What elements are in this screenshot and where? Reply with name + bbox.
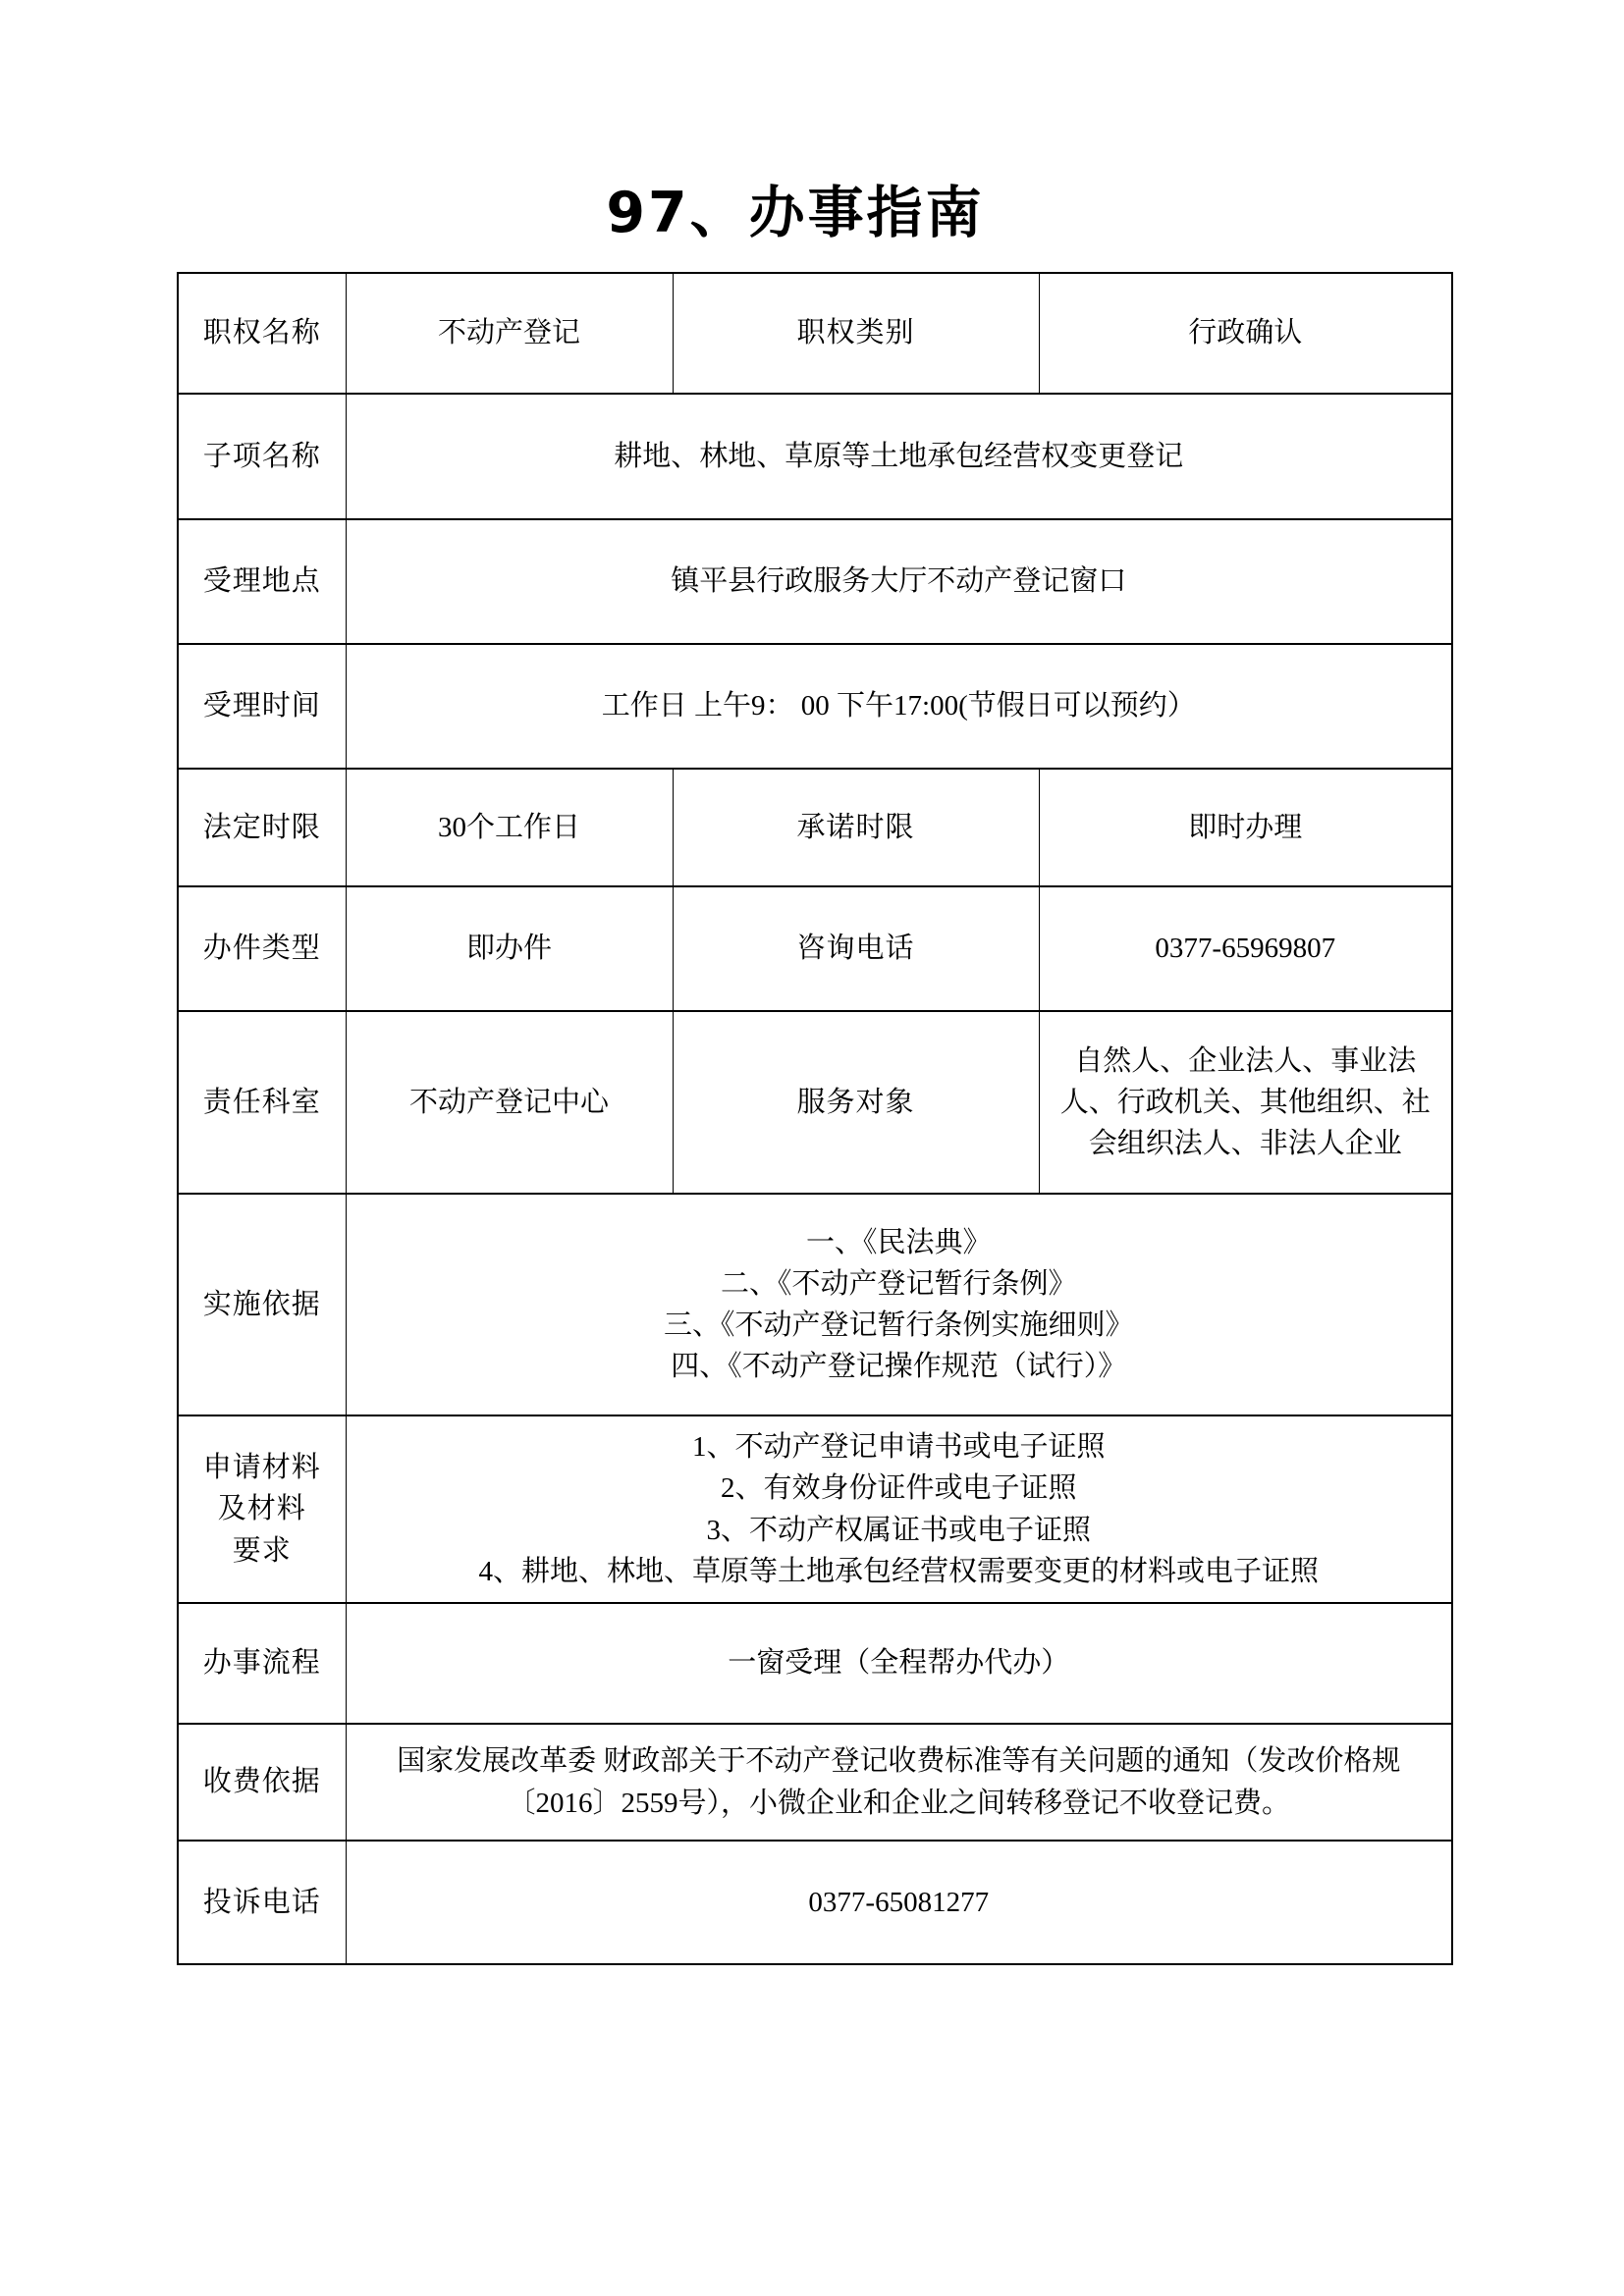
acceptance-time-value: 工作日 上午9： 00 下午17:00(节假日可以预约） [346,644,1452,769]
row-process: 办事流程 一窗受理（全程帮办代办） [178,1603,1452,1724]
basis-item-4: 四、《不动产登记操作规范（试行）》 [354,1346,1444,1387]
material-item-2: 2、有效身份证件或电子证照 [354,1468,1444,1509]
promised-limit-value: 即时办理 [1039,769,1452,886]
authority-type-value: 行政确认 [1039,273,1452,394]
material-item-3: 3、不动产权属证书或电子证照 [354,1510,1444,1551]
service-guide-table: 职权名称 不动产登记 职权类别 行政确认 子项名称 耕地、林地、草原等土地承包经… [177,272,1453,1965]
basis-item-2: 二、《不动产登记暂行条例》 [354,1263,1444,1305]
responsible-dept-label: 责任科室 [178,1011,346,1194]
consult-phone-value: 0377-65969807 [1039,886,1452,1011]
acceptance-time-label: 受理时间 [178,644,346,769]
subitem-name-label: 子项名称 [178,394,346,519]
acceptance-place-value: 镇平县行政服务大厅不动产登记窗口 [346,519,1452,644]
implementation-basis-list: 一、《民法典》 二、《不动产登记暂行条例》 三、《不动产登记暂行条例实施细则》 … [346,1194,1452,1415]
document-page: 97、办事指南 职权名称 不动产登记 职权类别 行政确认 子项名称 耕地、林地、… [0,0,1624,2296]
statutory-limit-label: 法定时限 [178,769,346,886]
row-subitem-name: 子项名称 耕地、林地、草原等土地承包经营权变更登记 [178,394,1452,519]
authority-type-label: 职权类别 [673,273,1039,394]
process-label: 办事流程 [178,1603,346,1724]
authority-name-label: 职权名称 [178,273,346,394]
row-acceptance-place: 受理地点 镇平县行政服务大厅不动产登记窗口 [178,519,1452,644]
process-value: 一窗受理（全程帮办代办） [346,1603,1452,1724]
row-fee-basis: 收费依据 国家发展改革委 财政部关于不动产登记收费标准等有关问题的通知（发改价格… [178,1724,1452,1841]
complaint-phone-label: 投诉电话 [178,1841,346,1964]
material-item-1: 1、不动产登记申请书或电子证照 [354,1426,1444,1468]
basis-item-1: 一、《民法典》 [354,1222,1444,1263]
item-type-value: 即办件 [346,886,673,1011]
row-authority-name: 职权名称 不动产登记 职权类别 行政确认 [178,273,1452,394]
application-materials-label: 申请材料 及材料 要求 [178,1415,346,1603]
subitem-name-value: 耕地、林地、草原等土地承包经营权变更登记 [346,394,1452,519]
complaint-phone-value: 0377-65081277 [346,1841,1452,1964]
row-application-materials: 申请材料 及材料 要求 1、不动产登记申请书或电子证照 2、有效身份证件或电子证… [178,1415,1452,1603]
responsible-dept-value: 不动产登记中心 [346,1011,673,1194]
fee-basis-value: 国家发展改革委 财政部关于不动产登记收费标准等有关问题的通知（发改价格规〔201… [346,1724,1452,1841]
row-acceptance-time: 受理时间 工作日 上午9： 00 下午17:00(节假日可以预约） [178,644,1452,769]
row-statutory-limit: 法定时限 30个工作日 承诺时限 即时办理 [178,769,1452,886]
fee-basis-label: 收费依据 [178,1724,346,1841]
application-materials-list: 1、不动产登记申请书或电子证照 2、有效身份证件或电子证照 3、不动产权属证书或… [346,1415,1452,1603]
promised-limit-label: 承诺时限 [673,769,1039,886]
basis-item-3: 三、《不动产登记暂行条例实施细则》 [354,1305,1444,1346]
row-responsible-dept: 责任科室 不动产登记中心 服务对象 自然人、企业法人、事业法人、行政机关、其他组… [178,1011,1452,1194]
row-item-type: 办件类型 即办件 咨询电话 0377-65969807 [178,886,1452,1011]
row-complaint-phone: 投诉电话 0377-65081277 [178,1841,1452,1964]
service-target-value: 自然人、企业法人、事业法人、行政机关、其他组织、社会组织法人、非法人企业 [1039,1011,1452,1194]
material-item-4: 4、耕地、林地、草原等土地承包经营权需要变更的材料或电子证照 [354,1551,1444,1592]
consult-phone-label: 咨询电话 [673,886,1039,1011]
row-implementation-basis: 实施依据 一、《民法典》 二、《不动产登记暂行条例》 三、《不动产登记暂行条例实… [178,1194,1452,1415]
service-target-label: 服务对象 [673,1011,1039,1194]
acceptance-place-label: 受理地点 [178,519,346,644]
statutory-limit-value: 30个工作日 [346,769,673,886]
page-title: 97、办事指南 [0,183,1591,244]
authority-name-value: 不动产登记 [346,273,673,394]
implementation-basis-label: 实施依据 [178,1194,346,1415]
item-type-label: 办件类型 [178,886,346,1011]
